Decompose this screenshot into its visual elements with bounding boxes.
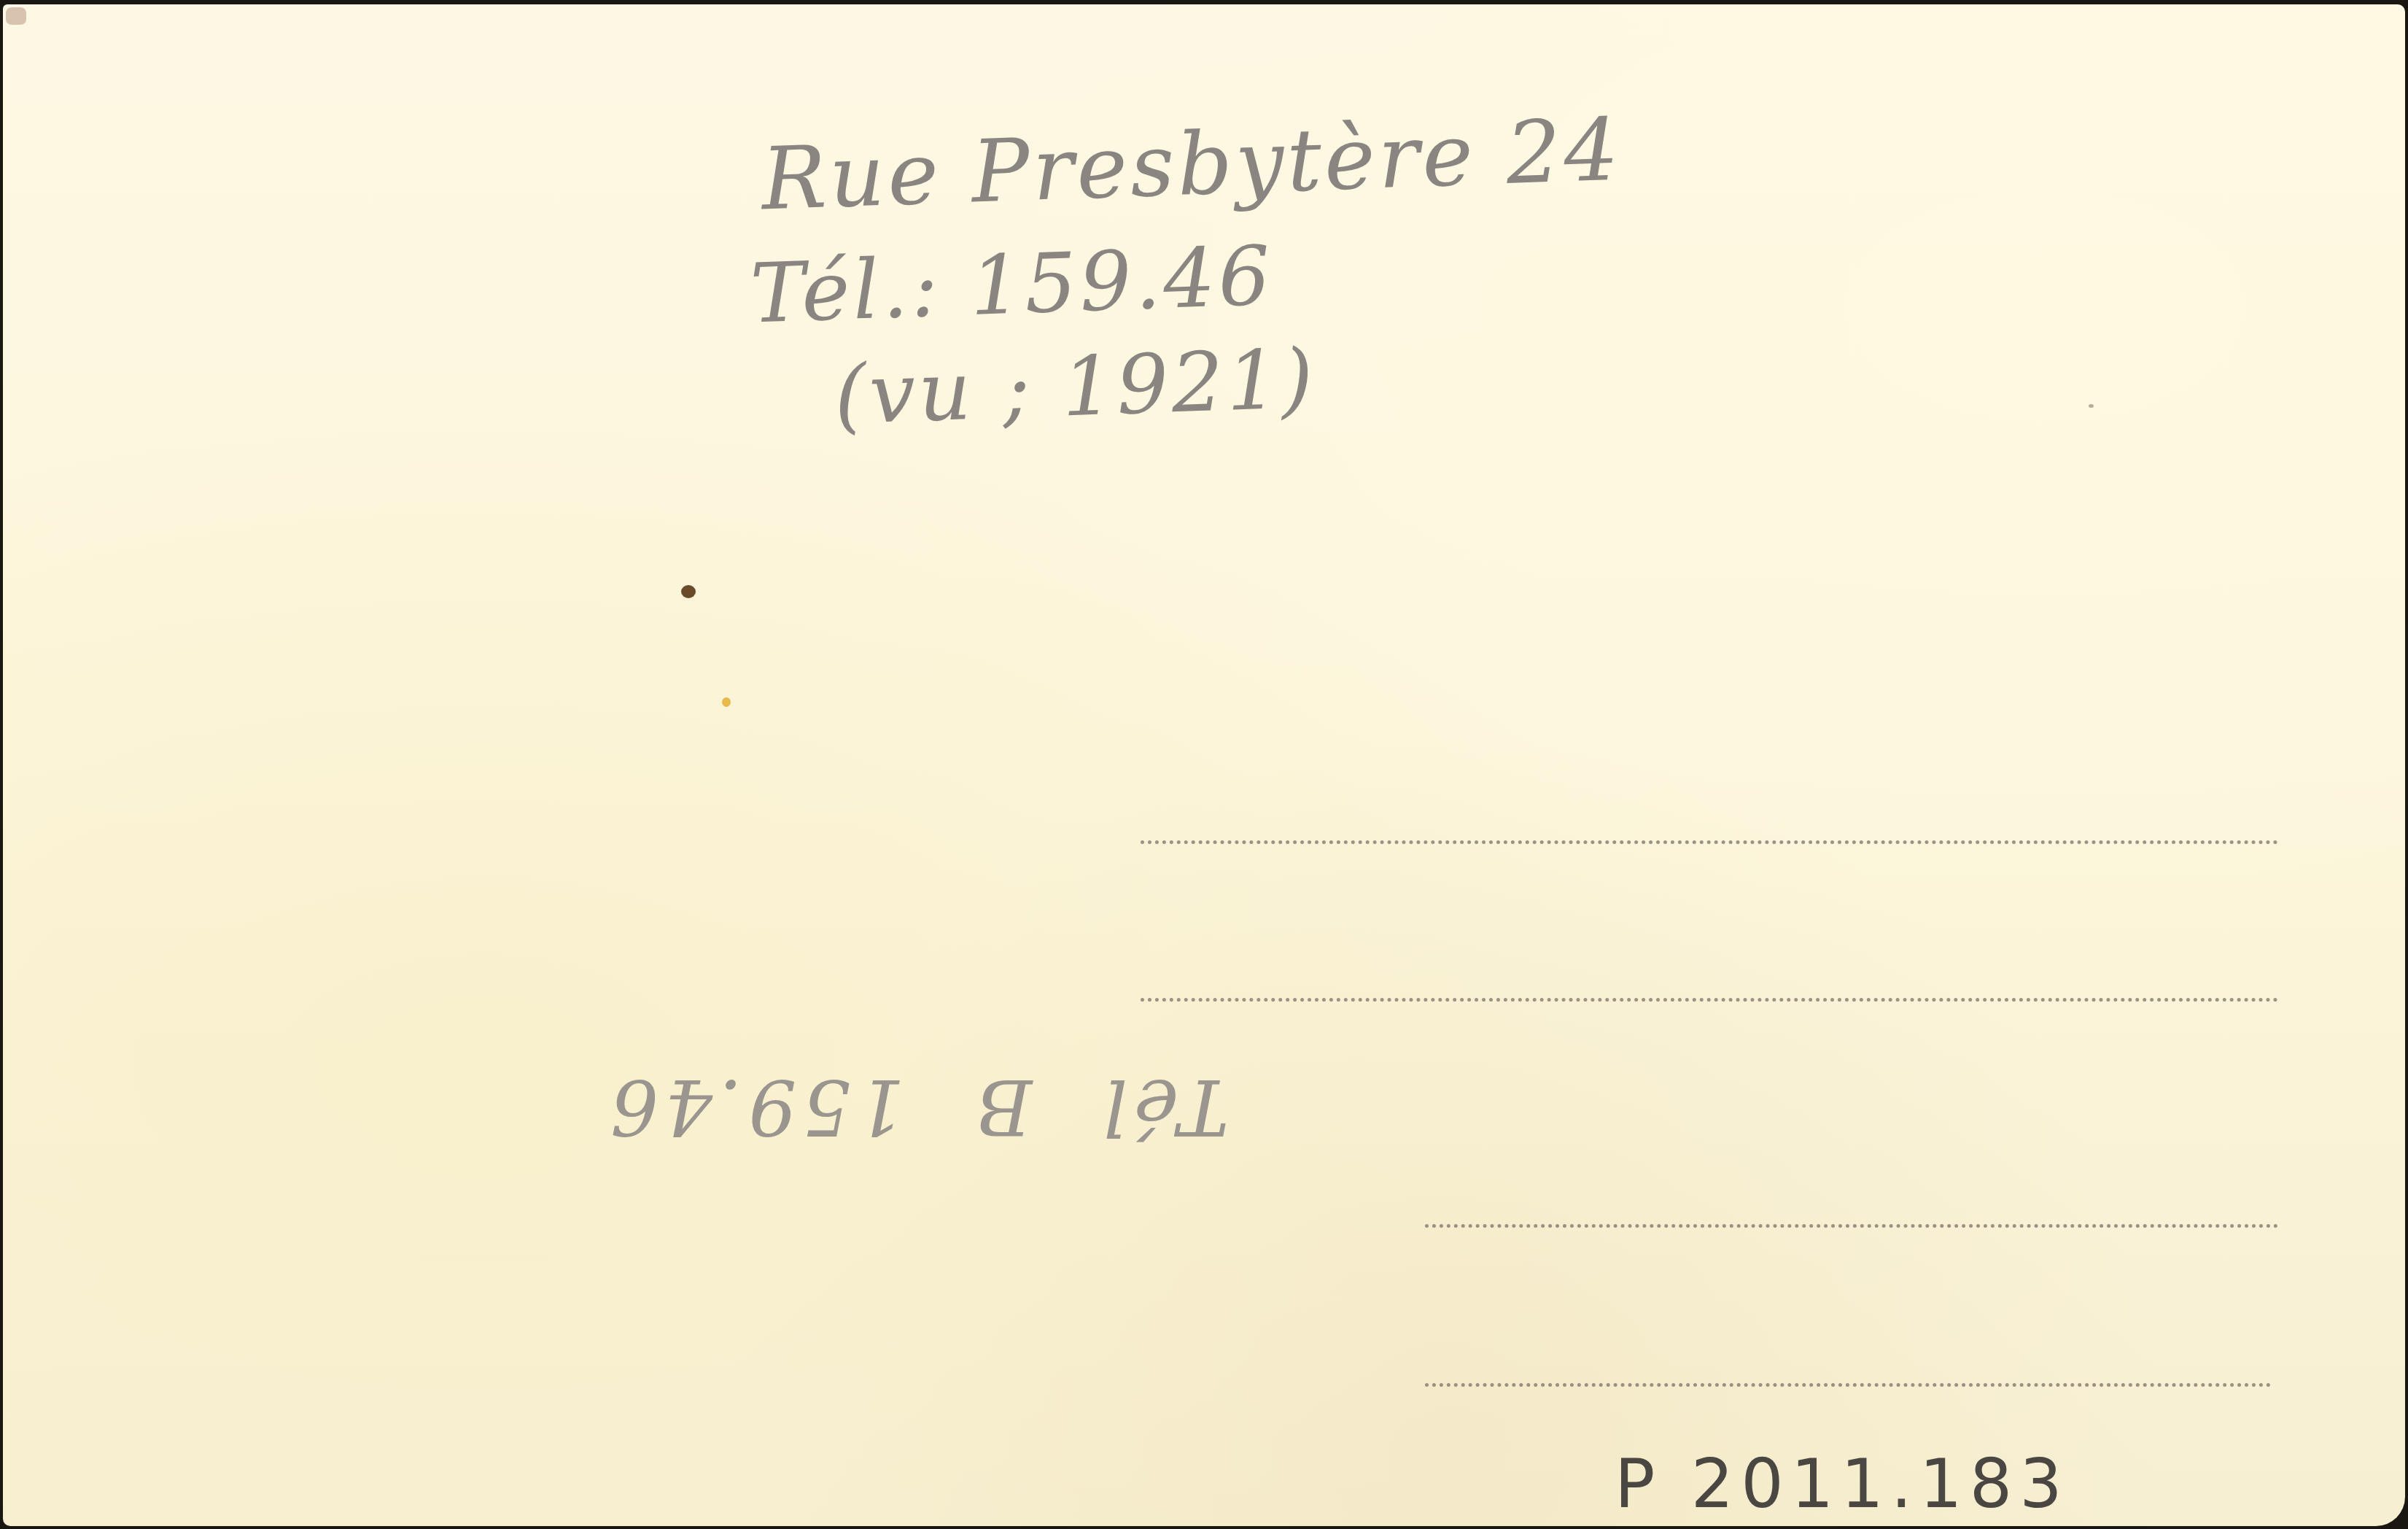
foxing-spot [722,697,731,707]
address-line [1425,1224,2278,1228]
handwritten-date-note: (vu ; 1921) [833,332,1318,444]
address-line [1141,840,2278,844]
corner-stain [6,7,26,25]
inventory-number: P 2011.183 [1615,1445,2070,1523]
inverted-note-part: 159.46 [605,1062,905,1151]
postcard-reverse: Rue Presbytère 24 Tél.: 159.46 (vu ; 192… [3,4,2405,1526]
inverted-note-part: Tél [1098,1062,1229,1151]
handwritten-telephone: Tél.: 159.46 [749,229,1275,342]
inverted-handwritten-note: TélB159.46 [539,1062,1229,1151]
address-line [1141,998,2278,1002]
address-line [1425,1383,2271,1387]
inverted-note-part: B [971,1062,1032,1151]
handwritten-street-address: Rue Presbytère 24 [760,98,1623,229]
foxing-spot [2089,404,2094,408]
foxing-spot [681,585,696,598]
